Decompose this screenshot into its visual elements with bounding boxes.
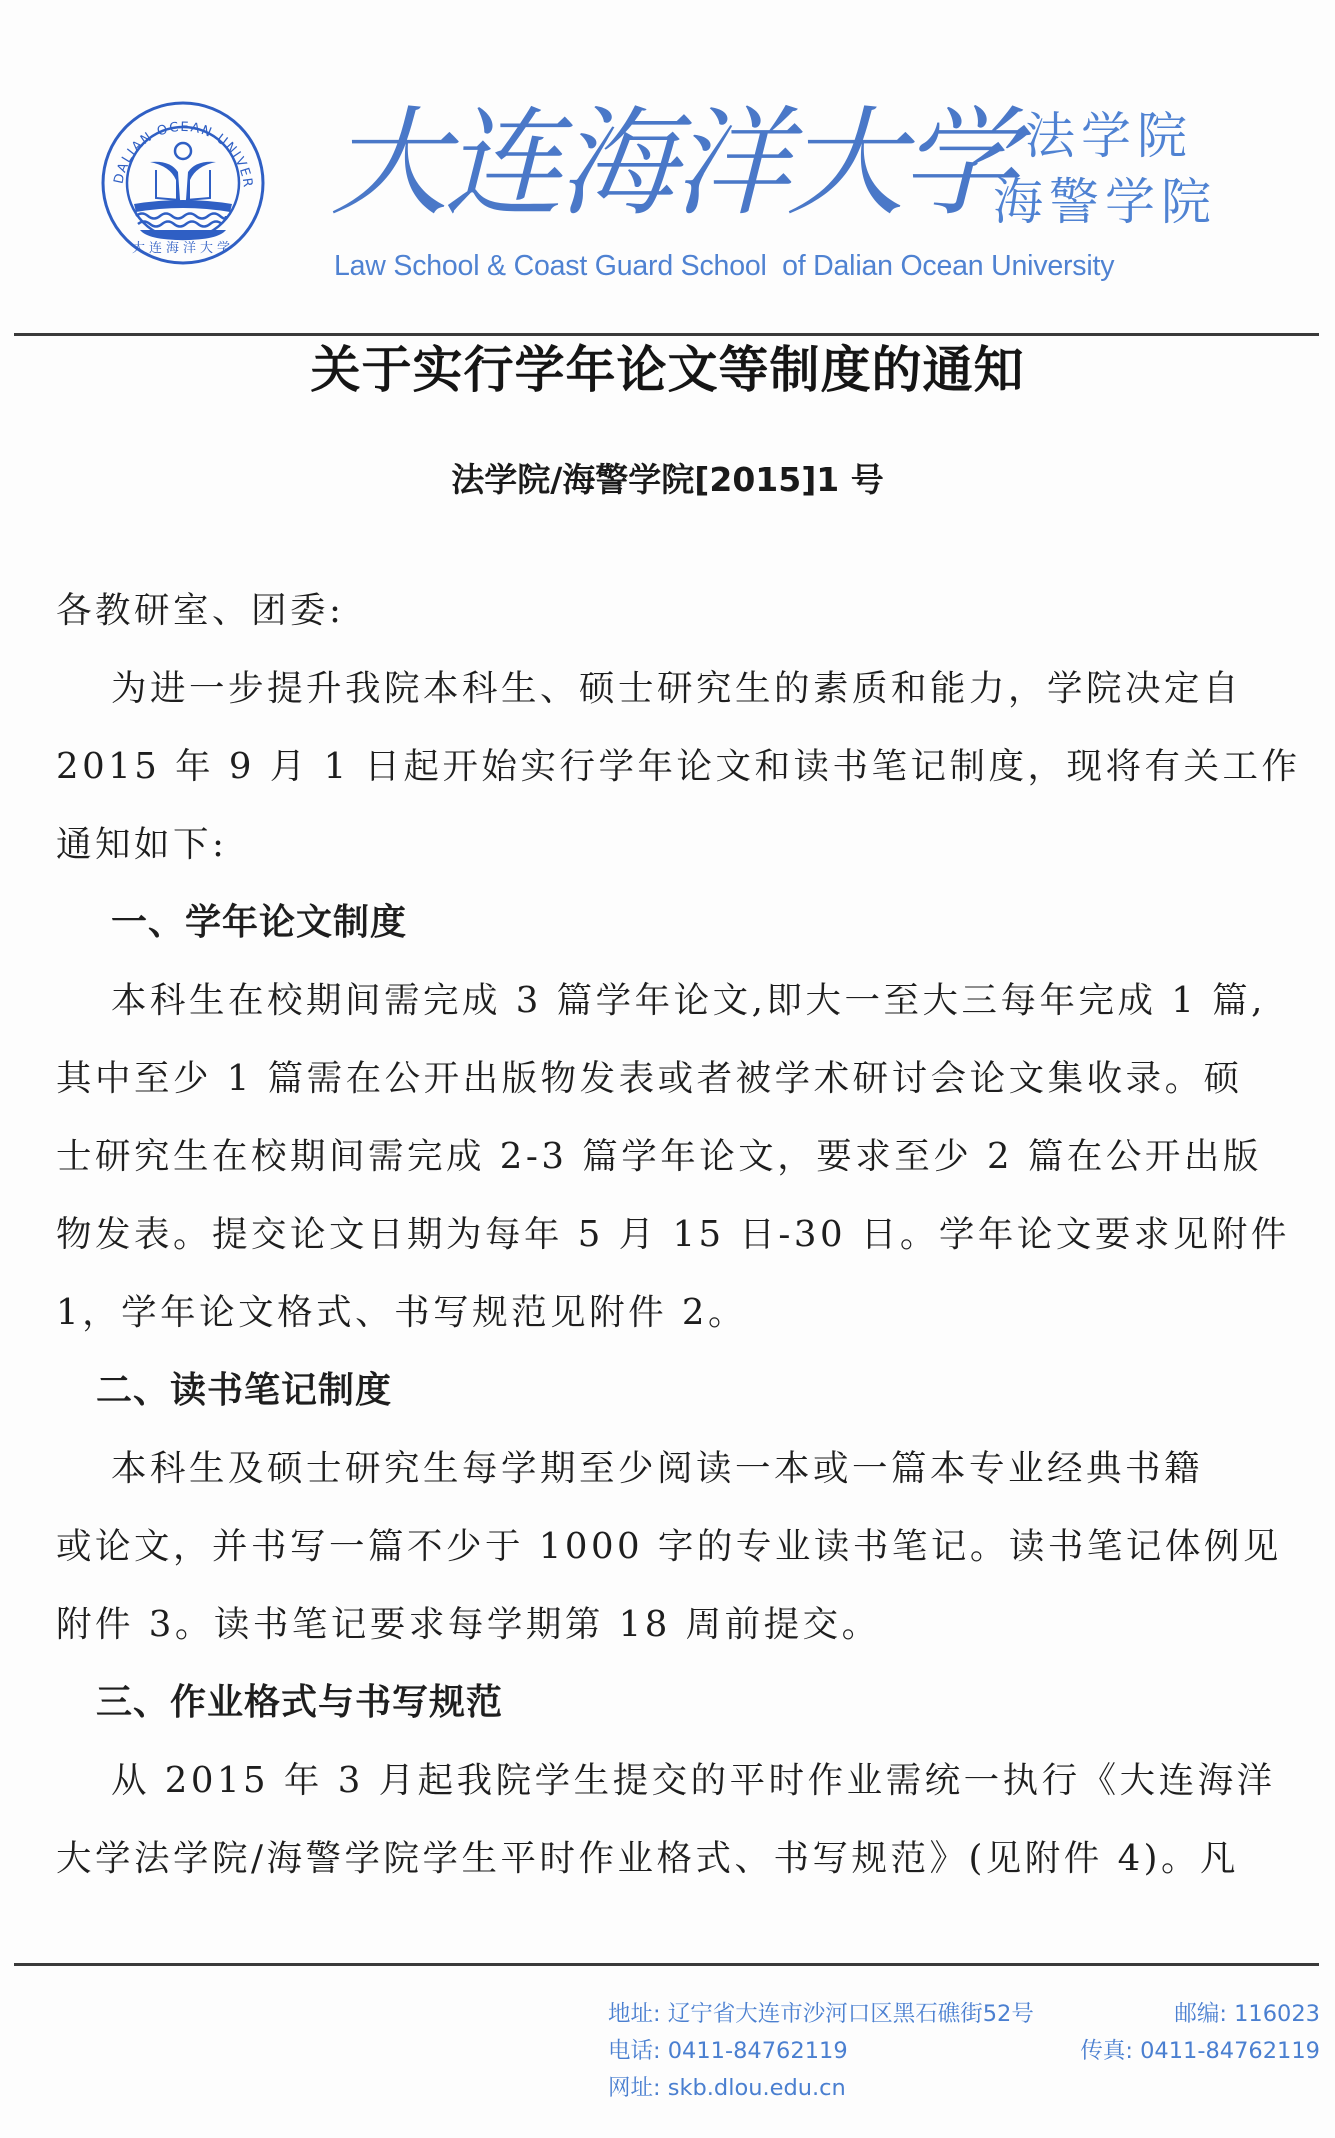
paragraph-line: 1，学年论文格式、书写规范见附件 2。 [56,1274,1296,1352]
university-seal-icon: DALIAN OCEAN UNIVERSITY 大连海洋大学 [100,100,266,266]
paragraph-line: 其中至少 1 篇需在公开出版物发表或者被学术研讨会论文集收录。硕 [56,1040,1296,1118]
university-name-calligraphy: 大连海洋大学 [330,88,970,238]
salutation: 各教研室、团委: [56,572,1296,650]
footer-postcode: 邮编: 116023 [1174,1996,1320,2033]
paragraph-line: 从 2015 年 3 月起我院学生提交的平时作业需统一执行《大连海洋 [56,1742,1296,1820]
section-heading-homework-format: 三、作业格式与书写规范 [56,1664,1296,1742]
paragraph-line: 附件 3。读书笔记要求每学期第 18 周前提交。 [56,1586,1296,1664]
footer-fax: 传真: 0411-84762119 [1080,2033,1320,2070]
document-number: 法学院/海警学院[2015]1 号 [0,455,1335,505]
paragraph-line: 本科生及硕士研究生每学期至少阅读一本或一篇本专业经典书籍 [56,1430,1296,1508]
department-law-school: 法学院 [1025,108,1193,164]
paragraph-line: 大学法学院/海警学院学生平时作业格式、书写规范》(见附件 4)。凡 [56,1820,1296,1898]
department-coast-guard-school: 海警学院 [993,174,1217,230]
university-logo: DALIAN OCEAN UNIVERSITY 大连海洋大学 [100,100,266,266]
paragraph-line: 士研究生在校期间需完成 2-3 篇学年论文，要求至少 2 篇在公开出版 [56,1118,1296,1196]
paragraph-line: 2015 年 9 月 1 日起开始实行学年论文和读书笔记制度，现将有关工作 [56,728,1296,806]
footer-phone: 电话: 0411-84762119 [608,2033,848,2070]
document-title: 关于实行学年论文等制度的通知 [0,335,1335,405]
footer-website[interactable]: 网址: skb.dlou.edu.cn [608,2070,846,2107]
paragraph-line: 为进一步提升我院本科生、硕士研究生的素质和能力，学院决定自 [56,650,1296,728]
english-school-name: Law School & Coast Guard School of Dalia… [334,248,1114,284]
document-body: 各教研室、团委: 为进一步提升我院本科生、硕士研究生的素质和能力，学院决定自 2… [56,572,1296,1898]
paragraph-line: 通知如下: [56,806,1296,884]
paragraph-line: 或论文，并书写一篇不少于 1000 字的专业读书笔记。读书笔记体例见 [56,1508,1296,1586]
paragraph-line: 本科生在校期间需完成 3 篇学年论文,即大一至大三每年完成 1 篇, [56,962,1296,1040]
paragraph-line: 物发表。提交论文日期为每年 5 月 15 日-30 日。学年论文要求见附件 [56,1196,1296,1274]
footer-divider [14,1963,1319,1966]
footer-address: 地址: 辽宁省大连市沙河口区黑石礁街52号 [608,1996,1034,2033]
section-heading-reading-notes: 二、读书笔记制度 [56,1352,1296,1430]
footer-contact: 地址: 辽宁省大连市沙河口区黑石礁街52号 邮编: 116023 电话: 041… [608,1996,1320,2107]
svg-text:大连海洋大学: 大连海洋大学 [132,240,234,256]
section-heading-thesis: 一、学年论文制度 [56,884,1296,962]
